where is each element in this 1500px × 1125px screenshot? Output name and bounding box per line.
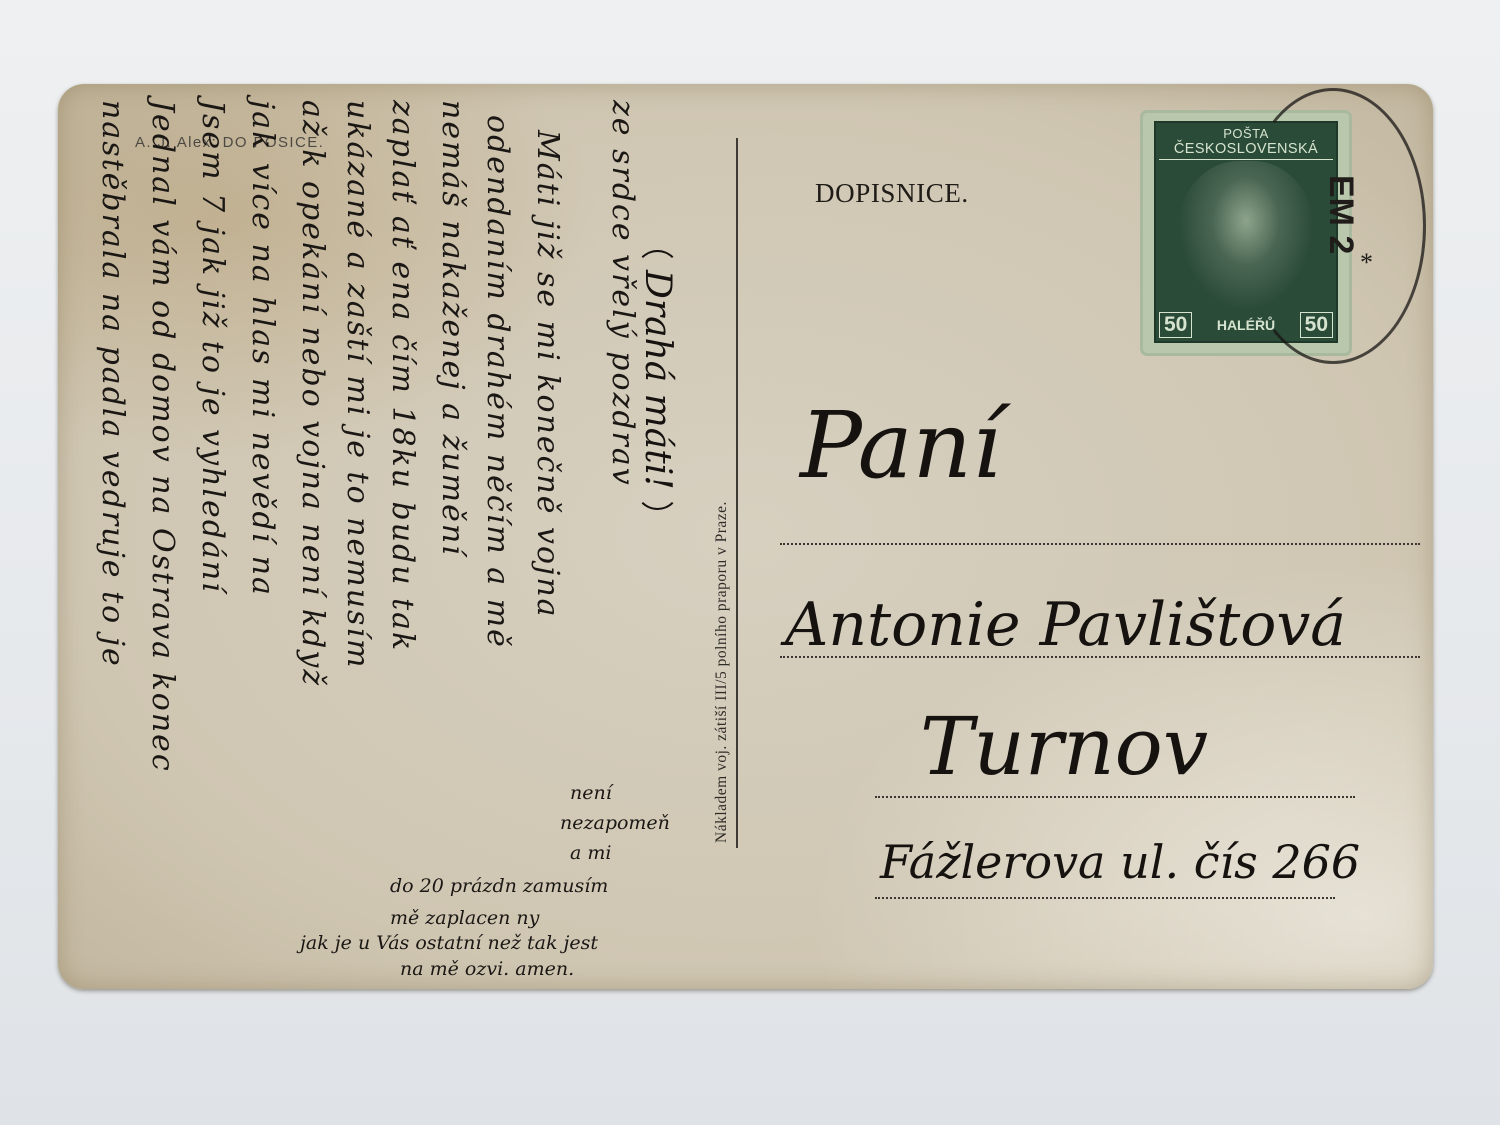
message-footer-line: a mi xyxy=(570,842,611,864)
message-line: jak více na hlas mi nevědí na xyxy=(245,100,280,597)
message-line: odendaním drahém něčím a mě xyxy=(480,115,515,649)
message-line: zaplať ať ena čím 18ku budu tak xyxy=(385,100,420,652)
message-line: až k opekání nebo vojna není když xyxy=(295,100,330,687)
address-name: Antonie Pavlištová xyxy=(785,590,1346,660)
message-footer-line: není xyxy=(570,782,612,804)
address-street: Fážlerova ul. čís 266 xyxy=(880,835,1360,889)
message-footer-line: jak je u Vás ostatní než tak jest xyxy=(300,932,598,954)
message-line: ze srdce vřelý pozdrav xyxy=(605,100,640,487)
message-line: ukázané a zaští mi je to nemusím xyxy=(340,100,375,670)
address-line-2 xyxy=(780,656,1420,658)
card-type-title: DOPISNICE. xyxy=(815,178,969,209)
message-footer-line: nezapomeň xyxy=(560,812,670,834)
address-city: Turnov xyxy=(920,700,1208,793)
message-line: nemáš nakaženej a žumění xyxy=(435,100,470,557)
message-footer-line: mě zaplacen ny xyxy=(390,907,539,929)
message-line: Jsem 7 jak již to je vyhledání xyxy=(195,100,230,594)
center-divider xyxy=(736,138,738,848)
message-greeting: Drahá máti! xyxy=(635,250,680,510)
address-line-4 xyxy=(875,897,1335,899)
address-salutation: Paní xyxy=(800,392,1001,499)
message-footer-line: do 20 prázdn zamusím xyxy=(390,875,608,897)
address-line-3 xyxy=(875,796,1355,798)
message-line: Jednal vám od domov na Ostrava konec xyxy=(145,100,180,773)
postmark-text: EM 2 xyxy=(1321,175,1360,254)
message-footer-line: na mě ozvi. amen. xyxy=(400,958,574,980)
postmark-star-icon: * xyxy=(1360,248,1373,278)
stamp-value-left: 50 xyxy=(1159,312,1192,338)
address-line-1 xyxy=(780,543,1420,545)
publisher-imprint: Nákladem voj. zátiší III/5 polního prapo… xyxy=(713,501,731,843)
message-line: nastěbrala na padla vedruje to je xyxy=(95,100,130,668)
message-line: Máti již se mi konečně vojna xyxy=(530,130,565,619)
